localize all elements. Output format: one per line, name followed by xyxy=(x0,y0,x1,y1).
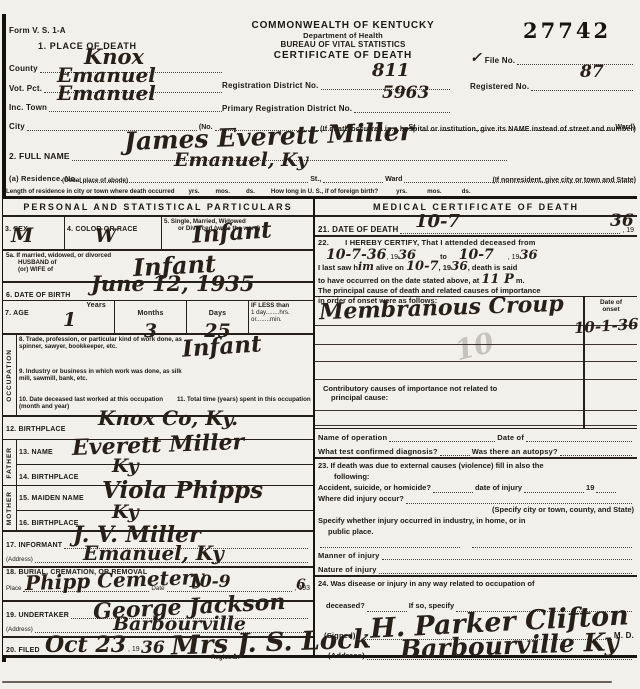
medical-column: MEDICAL CERTIFICATE OF DEATH 21. DATE OF… xyxy=(315,199,637,655)
date-injury-label: date of injury xyxy=(475,482,522,493)
specify-whether-line1: Specify whether injury occurred in indus… xyxy=(318,515,634,526)
color-race-value: W xyxy=(95,227,116,246)
physician-address-row: (Address) Barbourville Ky xyxy=(315,645,637,663)
related-leader-1 xyxy=(367,605,407,612)
file-stamp-number: 27742 xyxy=(523,18,611,43)
birthplace-label: 12. BIRTHPLACE xyxy=(6,426,66,433)
scan-artifact-line xyxy=(2,681,612,683)
registrar-label: Registrar. xyxy=(211,654,240,661)
operation-label: Name of operation xyxy=(318,433,387,442)
age-row: 7. AGE Years 1 Months 3 Days 25 IF LESS … xyxy=(3,301,313,335)
registered-no-value: 87 xyxy=(580,64,604,81)
us-ds: ds. xyxy=(462,188,471,195)
accident-label: Accident, suicide, or homicide? xyxy=(318,482,431,493)
file-no-line: ✓ File No. xyxy=(470,50,635,65)
faint-number: 10 xyxy=(452,329,497,366)
physician-addr-label: (Address) xyxy=(318,651,365,660)
to-year-value: 36 xyxy=(519,249,537,262)
mother-bp-value: Ky xyxy=(112,503,139,522)
last-saw-1: I last saw h xyxy=(318,263,358,272)
where-leader xyxy=(406,497,632,504)
manner-leader xyxy=(382,545,632,560)
operation-leader xyxy=(389,427,495,442)
father-name-label: 13. NAME xyxy=(19,449,53,456)
certify-line1: I HEREBY CERTIFY, That I attended deceas… xyxy=(345,238,536,247)
test-leader xyxy=(440,441,470,456)
nineteen-leader xyxy=(596,486,616,493)
mother-name-label: 15. MAIDEN NAME xyxy=(19,495,84,502)
us-yrs: yrs. xyxy=(396,188,407,195)
test-autopsy-row: What test confirmed diagnosis? Was there… xyxy=(315,445,637,459)
contributory-line1: Contributory causes of importance not re… xyxy=(323,384,497,393)
father-name-value: Everett Miller xyxy=(72,431,245,459)
length-of-residence-line: Length of residence in city or town wher… xyxy=(6,188,636,195)
dod-label: 21. DATE OF DEATH xyxy=(318,225,398,234)
date-injury-leader xyxy=(524,486,584,493)
mother-name-row: 15. MAIDEN NAME Viola Phipps xyxy=(17,486,313,511)
sex-color-marital-row: 3. SEX M 4. COLOR OR RACE W 5. Single, M… xyxy=(3,217,313,251)
age-years-cell: 7. AGE Years 1 xyxy=(3,301,115,333)
father-name-row: 13. NAME Everett Miller xyxy=(17,440,313,465)
certificate-title: CERTIFICATE OF DEATH xyxy=(218,50,468,61)
external-causes-block: 23. If death was due to external causes … xyxy=(315,459,637,547)
age-label: 7. AGE xyxy=(5,310,29,317)
primary-reg-label: Primary Registration District No. xyxy=(222,104,352,113)
residence-st-label: St., xyxy=(310,176,321,183)
agency-header: COMMONWEALTH OF KENTUCKY Department of H… xyxy=(218,20,468,61)
filed-label: 20. FILED xyxy=(6,647,40,654)
certify-no: 22. xyxy=(318,238,329,247)
primary-reg-value: 5963 xyxy=(382,85,429,102)
industry-label: 9. Industry or business in which work wa… xyxy=(19,368,189,382)
mother-vertical-label: MOTHER xyxy=(3,486,17,530)
main-form-grid: PERSONAL AND STATISTICAL PARTICULARS 3. … xyxy=(3,196,637,658)
autopsy-leader xyxy=(560,441,632,456)
last-saw-year-printed: , 19 xyxy=(439,263,452,272)
specify-city-note: (Specify city or town, county, and State… xyxy=(318,504,634,515)
occurred-line-end: m. xyxy=(516,276,525,285)
test-label: What test confirmed diagnosis? xyxy=(318,447,438,456)
trade-label: 8. Trade, profession, or particular kind… xyxy=(19,336,189,350)
primary-reg-line: Primary Registration District No. 5963 xyxy=(222,98,452,113)
cause-of-death-block: Date of onset Membranous Croup 10-1-36 1… xyxy=(315,297,637,429)
years-header: Years xyxy=(86,302,106,309)
residence-value: Emanuel, Ky xyxy=(174,151,308,170)
informant-addr-label: (Address) xyxy=(6,556,33,563)
dod-value: 10-7 xyxy=(415,213,460,231)
commonwealth-title: COMMONWEALTH OF KENTUCKY xyxy=(218,20,468,31)
how-long-label: How long in U. S., if of foreign birth? xyxy=(271,188,378,195)
father-bp-value: Ky xyxy=(112,457,139,476)
medical-section-title: MEDICAL CERTIFICATE OF DEATH xyxy=(315,199,637,217)
contributory-label: Contributory causes of importance not re… xyxy=(323,384,497,402)
mother-vertical-text: MOTHER xyxy=(6,491,13,525)
registered-no-line: Registered No. 87 xyxy=(470,76,635,91)
months-header: Months xyxy=(137,310,163,317)
registered-no-label: Registered No. xyxy=(470,82,529,91)
mother-bp-label: 16. BIRTHPLACE xyxy=(19,520,79,527)
if-less-2: 1 day........hrs. xyxy=(251,309,311,316)
color-race-cell: 4. COLOR OR RACE W xyxy=(65,217,162,249)
vot-pct-label: Vot. Pct. xyxy=(9,84,42,93)
father-vertical-label: FATHER xyxy=(3,440,17,485)
bureau-line: BUREAU OF VITAL STATISTICS xyxy=(218,40,468,49)
onset-label-2: onset xyxy=(585,306,637,313)
related-line1: 24. Was disease or injury in any way rel… xyxy=(318,578,634,590)
checkmark-icon: ✓ xyxy=(470,51,482,65)
undertaker-addr-label: (Address) xyxy=(6,626,33,633)
filed-row: 20. FILED Oct 23 , 19 36 Mrs J. S. Lock … xyxy=(3,638,313,663)
us-mos: mos. xyxy=(427,188,441,195)
physician-address-value: Barbourville Ky xyxy=(400,629,620,662)
occupation-body: 8. Trade, profession, or particular kind… xyxy=(17,335,313,415)
if-less-1: IF LESS than xyxy=(251,302,311,309)
form-number: Form V. S. 1-A xyxy=(9,26,66,35)
date-of-death-row: 21. DATE OF DEATH , 19 10-7 36 xyxy=(315,217,637,237)
reg-district-value: 811 xyxy=(372,62,410,80)
occurred-line: to have occurred on the date stated abov… xyxy=(318,276,479,285)
marital-cell: 5. Single, Married, Widowed or Divorced … xyxy=(162,217,313,249)
specify-whether-line2: public place. xyxy=(318,526,634,537)
sex-cell: 3. SEX M xyxy=(3,217,65,249)
informant-row: 17. INFORMANT (Address) J. V. Miller Ema… xyxy=(3,532,313,568)
burial-place-value: Phipp Cemetery xyxy=(25,567,204,593)
contributory-line2: principal cause: xyxy=(323,393,497,402)
length-label: Length of residence in city or town wher… xyxy=(6,188,174,195)
days-header: Days xyxy=(209,310,227,317)
personal-section-title: PERSONAL AND STATISTICAL PARTICULARS xyxy=(3,199,313,217)
related-line2: deceased? xyxy=(318,600,365,612)
occupation-vertical-label: OCCUPATION xyxy=(3,335,17,415)
sex-value: M xyxy=(11,225,33,245)
abode-note: (Usual place of abode) xyxy=(62,177,128,184)
manner-label: Manner of injury xyxy=(318,551,380,560)
inc-town-line: Inc. Town Emanuel xyxy=(9,97,224,112)
external-line2: following: xyxy=(318,471,634,482)
age-months-cell: Months 3 xyxy=(115,301,187,333)
burial-date-value: 10-9 xyxy=(188,574,231,591)
nature-label: Nature of injury xyxy=(318,565,377,574)
occupation-block: OCCUPATION 8. Trade, profession, or part… xyxy=(3,335,313,417)
age-days-cell: Days 25 xyxy=(187,301,249,333)
length-yrs: yrs. xyxy=(188,188,199,195)
onset-date-value: 10-1-36 xyxy=(574,317,640,336)
cause-of-death-value: Membranous Croup xyxy=(319,293,564,324)
him-hw: im xyxy=(358,260,374,273)
filed-year-value: 36 xyxy=(141,640,165,657)
inc-town-value: Emanuel xyxy=(57,83,156,103)
external-line1: 23. If death was due to external causes … xyxy=(318,460,634,471)
filed-date-value: Oct 23 xyxy=(45,634,126,656)
trade-row: 8. Trade, profession, or particular kind… xyxy=(17,335,313,367)
date-of-label: Date of xyxy=(497,433,524,442)
last-saw-3: , death is said xyxy=(468,263,518,272)
burial-year-value: 6 xyxy=(296,578,306,592)
father-vertical-text: FATHER xyxy=(6,447,13,479)
department-line: Department of Health xyxy=(218,31,468,40)
time-of-death: 11 P xyxy=(481,272,513,287)
age-years-value: 1 xyxy=(63,311,76,330)
nature-of-injury-row: Nature of injury xyxy=(315,563,637,577)
onset-label: Date of onset xyxy=(585,297,637,313)
residence-st-leader xyxy=(323,168,383,183)
city-label: City xyxy=(9,122,25,131)
father-bp-label: 14. BIRTHPLACE xyxy=(19,474,79,481)
onset-label-1: Date of xyxy=(585,299,637,306)
certify-block: 22. I HEREBY CERTIFY, That I attended de… xyxy=(315,237,637,297)
signed-label: (Signed) xyxy=(318,631,356,640)
industry-row: 9. Industry or business in which work wa… xyxy=(17,367,313,395)
length-mos: mos. xyxy=(215,188,229,195)
file-no-leader xyxy=(517,50,633,65)
autopsy-label: Was there an autopsy? xyxy=(472,447,558,456)
personal-column: PERSONAL AND STATISTICAL PARTICULARS 3. … xyxy=(3,199,315,655)
mother-name-value: Viola Phipps xyxy=(102,479,263,502)
file-no-label: File No. xyxy=(485,56,516,65)
last-saw-date: 10-7 xyxy=(406,259,439,274)
marital-value: Infant xyxy=(191,218,272,246)
nature-leader xyxy=(379,559,632,574)
if-less-3: or........min. xyxy=(251,316,311,323)
reg-district-label: Registration District No. xyxy=(222,81,319,90)
date-of-leader xyxy=(526,427,632,442)
nonresident-note: (If nonresident, give city or town and S… xyxy=(380,177,636,184)
date-of-birth-row: 6. DATE OF BIRTH June 12, 1935 xyxy=(3,283,313,301)
occupation-vertical-text: OCCUPATION xyxy=(6,349,13,402)
length-ds: ds. xyxy=(246,188,255,195)
nineteen-label: 19 xyxy=(586,482,594,493)
dob-value: June 12, 1935 xyxy=(91,273,254,294)
where-label: Where did injury occur? xyxy=(318,493,404,504)
dod-year-value: 36 xyxy=(610,213,634,230)
burial-place-label: Place xyxy=(6,585,21,592)
trade-value: Infant xyxy=(181,332,262,360)
death-certificate-scan: Form V. S. 1-A 1. PLACE OF DEATH County … xyxy=(0,0,640,689)
filed-year-printed: , 19 xyxy=(128,646,140,653)
accident-leader xyxy=(433,486,473,493)
last-saw-year: 36 xyxy=(451,259,468,273)
informant-addr-value: Emanuel, Ky xyxy=(83,543,224,563)
if-less-cell: IF LESS than 1 day........hrs. or.......… xyxy=(249,301,313,333)
county-label: County xyxy=(9,64,38,73)
last-saw-2: alive on xyxy=(376,263,404,272)
inc-town-label: Inc. Town xyxy=(9,103,47,112)
dob-label: 6. DATE OF BIRTH xyxy=(6,292,71,299)
birthplace-value: Knox Co, Ky. xyxy=(98,408,238,428)
full-name-label: 2. FULL NAME xyxy=(9,151,70,161)
